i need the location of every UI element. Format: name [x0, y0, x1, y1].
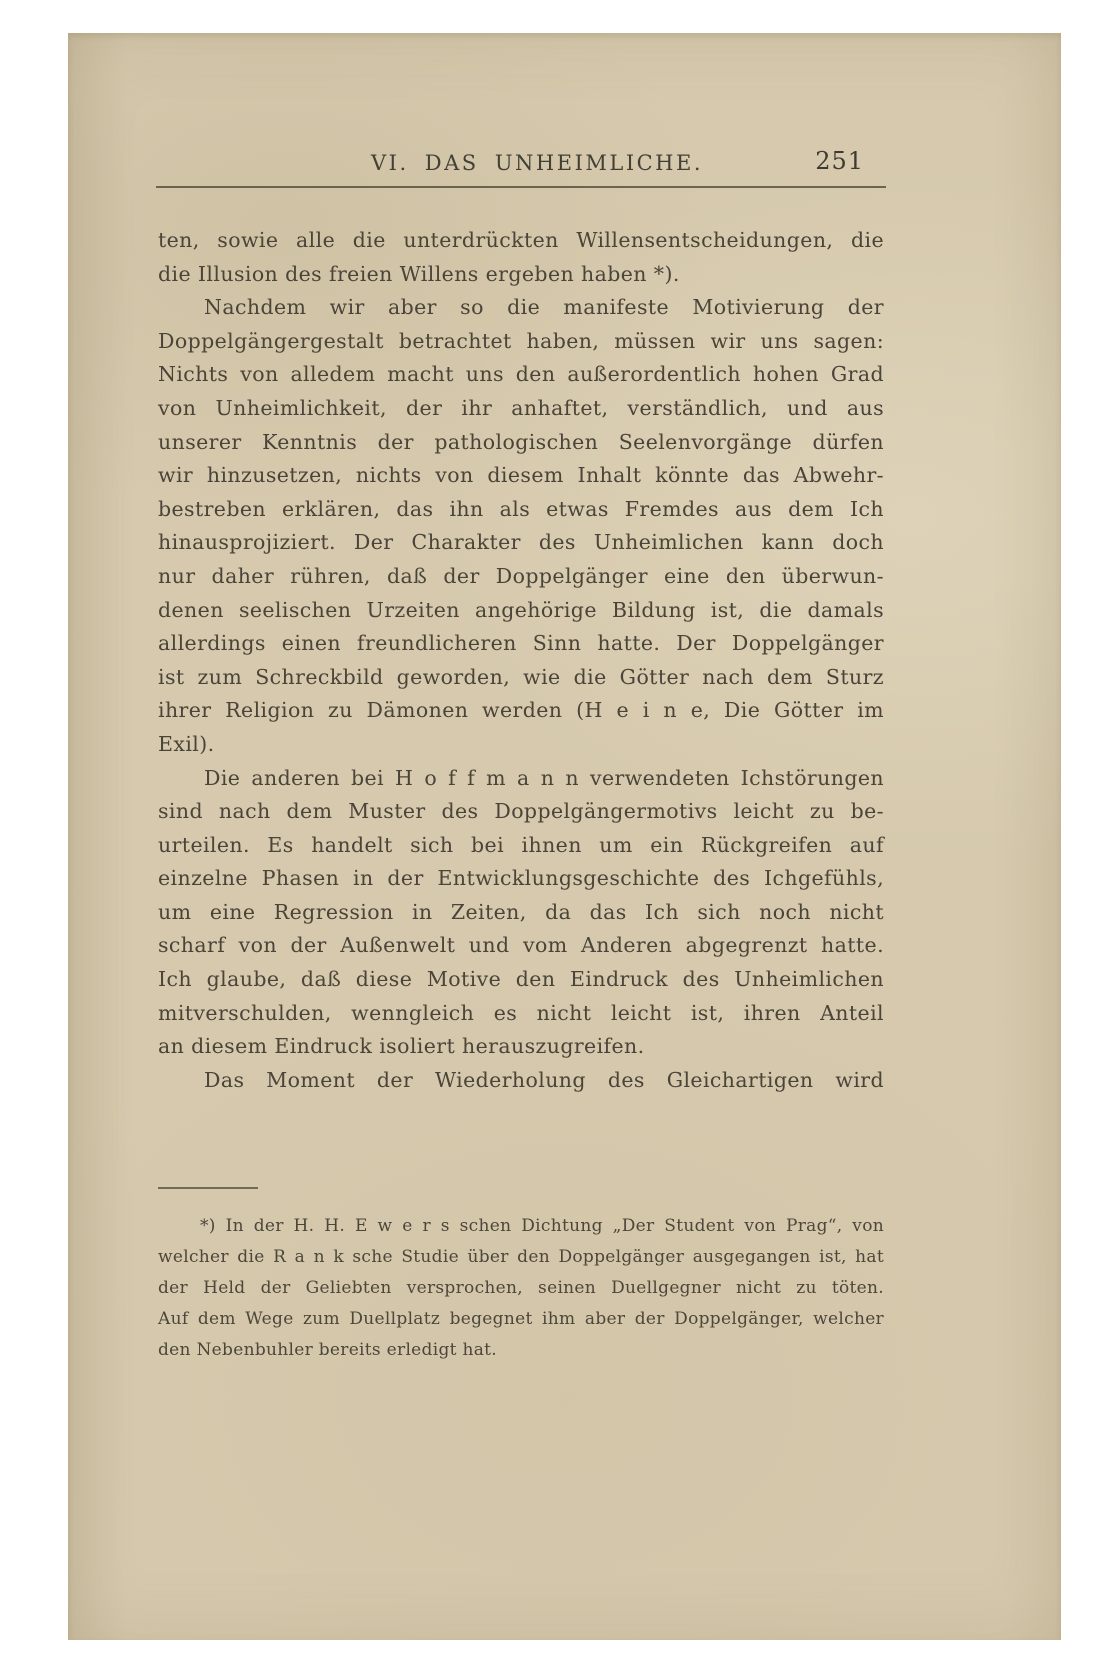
running-header: VI. DAS UNHEIMLICHE. 251 — [158, 148, 884, 186]
body-text-line: denen seelischen Urzeiten angehörige Bil… — [158, 594, 884, 628]
body-text-line: an diesem Eindruck isoliert herauszugrei… — [158, 1030, 884, 1064]
body-text-line: ihrer Religion zu Dämonen werden (H e i … — [158, 694, 884, 728]
footnote-text-line: der Held der Geliebten versprochen, sein… — [158, 1273, 884, 1304]
body-text-line: wir hinzusetzen, nichts von diesem Inhal… — [158, 459, 884, 493]
body-text-line: einzelne Phasen in der Entwicklungsgesch… — [158, 862, 884, 896]
body-text-line: Nichts von alledem macht uns den außeror… — [158, 358, 884, 392]
body-text-line: um eine Regression in Zeiten, da das Ich… — [158, 896, 884, 930]
body-text-line: bestreben erklären, das ihn als etwas Fr… — [158, 493, 884, 527]
body-text-line: Ich glaube, daß diese Motive den Eindruc… — [158, 963, 884, 997]
body-text-line: mitverschulden, wenngleich es nicht leic… — [158, 997, 884, 1031]
text-column: VI. DAS UNHEIMLICHE. 251 ten, sowie alle… — [158, 148, 884, 1366]
body-text-line: Das Moment der Wiederholung des Gleichar… — [158, 1064, 884, 1098]
body-text-line: ten, sowie alle die unterdrückten Willen… — [158, 224, 884, 258]
footnote-text-line: *) In der H. H. E w e r s schen Dichtung… — [158, 1211, 884, 1242]
body-text-line: ist zum Schreckbild geworden, wie die Gö… — [158, 661, 884, 695]
body-text-line: Exil). — [158, 728, 884, 762]
footnote-text: *) In der H. H. E w e r s schen Dichtung… — [158, 1211, 884, 1366]
body-text-line: scharf von der Außenwelt und vom Anderen… — [158, 929, 884, 963]
header-rule — [156, 186, 886, 188]
body-text-line: Die anderen bei H o f f m a n n verwende… — [158, 762, 884, 796]
body-text-line: allerdings einen freundlicheren Sinn hat… — [158, 627, 884, 661]
body-text-line: hinausprojiziert. Der Charakter des Unhe… — [158, 526, 884, 560]
footnote-text-line: welcher die R a n k sche Studie über den… — [158, 1242, 884, 1273]
body-text-line: Doppelgängergestalt betrachtet haben, mü… — [158, 325, 884, 359]
page-number: 251 — [815, 145, 864, 177]
body-text-line: von Unheimlichkeit, der ihr anhaftet, ve… — [158, 392, 884, 426]
page-header-title: VI. DAS UNHEIMLICHE. — [174, 148, 900, 178]
footnote-text-line: Auf dem Wege zum Duellplatz begegnet ihm… — [158, 1304, 884, 1335]
body-text-line: nur daher rühren, daß der Doppelgänger e… — [158, 560, 884, 594]
scan-page: VI. DAS UNHEIMLICHE. 251 ten, sowie alle… — [68, 33, 1061, 1640]
footnote-rule — [158, 1187, 258, 1189]
footnote-text-line: den Nebenbuhler bereits erledigt hat. — [158, 1335, 884, 1366]
body-text: ten, sowie alle die unterdrückten Willen… — [158, 224, 884, 1097]
body-text-line: Nachdem wir aber so die manifeste Motivi… — [158, 291, 884, 325]
body-text-line: urteilen. Es handelt sich bei ihnen um e… — [158, 829, 884, 863]
body-text-line: sind nach dem Muster des Doppelgängermot… — [158, 795, 884, 829]
body-text-line: unserer Kenntnis der pathologischen Seel… — [158, 426, 884, 460]
body-text-line: die Illusion des freien Willens ergeben … — [158, 258, 884, 292]
